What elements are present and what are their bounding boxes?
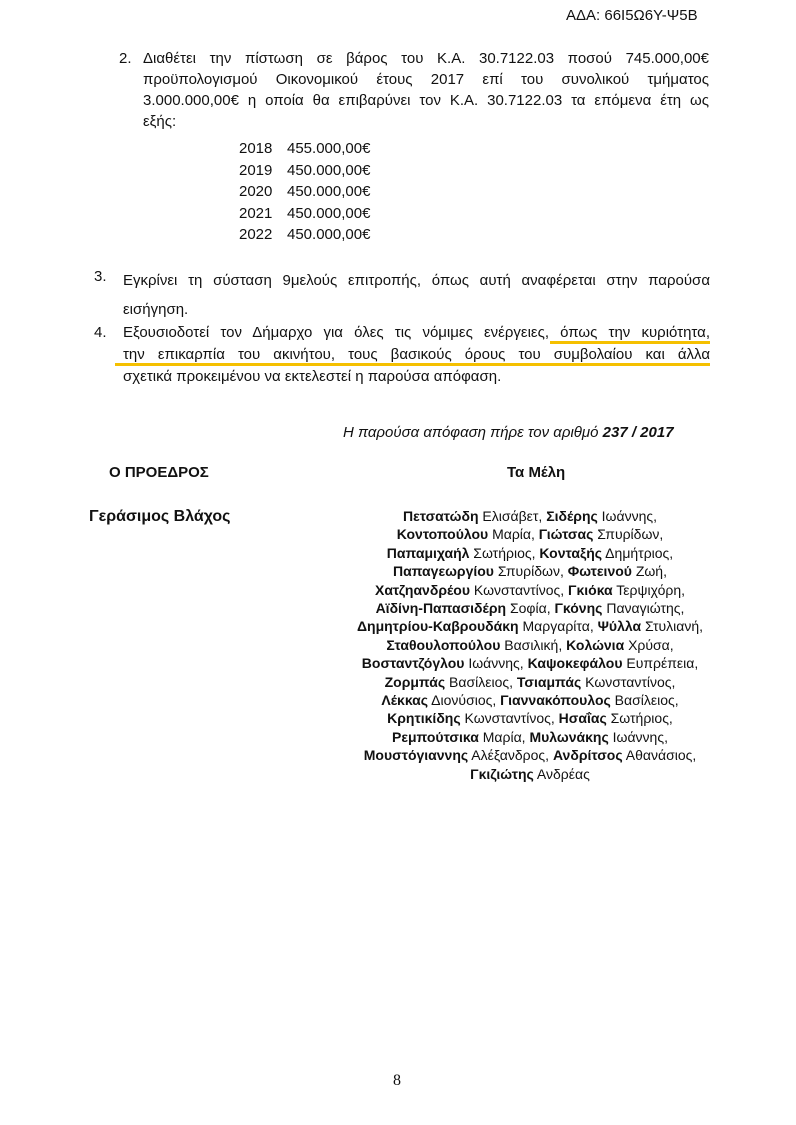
decision-id: 237 / 2017 bbox=[603, 424, 674, 441]
member-surname: Κρητικίδης bbox=[387, 710, 460, 726]
member-surname: Ψύλλα bbox=[598, 618, 641, 634]
member-firstname: Σπυρίδων, bbox=[494, 563, 568, 579]
highlight-underline bbox=[550, 341, 710, 344]
member-firstname: Αθανάσιος, bbox=[623, 747, 697, 763]
member-firstname: Κωνσταντίνος, bbox=[581, 674, 675, 690]
member-firstname: Ζωή, bbox=[632, 563, 667, 579]
decision-number: Η παρούσα απόφαση πήρε τον αριθμό 237 / … bbox=[343, 424, 674, 441]
member-firstname: Βασιλική, bbox=[500, 637, 566, 653]
item-text: Διαθέτει την πίστωση σε βάρος του Κ.Α. 3… bbox=[143, 48, 709, 132]
schedule-amount: 450.000,00€ bbox=[287, 205, 370, 222]
member-firstname: Μαργαρίτα, bbox=[519, 618, 598, 634]
member-surname: Παπαγεωργίου bbox=[393, 563, 494, 579]
member-firstname: Διονύσιος, bbox=[428, 692, 500, 708]
member-surname: Τσιαμπάς bbox=[517, 674, 581, 690]
member-firstname: Στυλιανή, bbox=[641, 618, 703, 634]
member-surname: Ρεμπούτσικα bbox=[392, 729, 479, 745]
member-surname: Βοσταντζόγλου bbox=[362, 655, 465, 671]
schedule-amount: 450.000,00€ bbox=[287, 162, 370, 179]
member-surname: Παπαμιχαήλ bbox=[387, 545, 470, 561]
member-firstname: Βασίλειος, bbox=[611, 692, 679, 708]
schedule-year: 2022 bbox=[239, 224, 287, 246]
member-surname: Μυλωνάκης bbox=[529, 729, 608, 745]
member-firstname: Σοφία, bbox=[506, 600, 554, 616]
member-surname: Κοντοπούλου bbox=[397, 526, 489, 542]
president-name: Γεράσιμος Βλάχος bbox=[89, 508, 230, 526]
member-surname: Ανδρίτσος bbox=[553, 747, 623, 763]
member-line: Μουστόγιαννης Αλέξανδρος, Ανδρίτσος Αθαν… bbox=[330, 746, 730, 764]
schedule-amount: 455.000,00€ bbox=[287, 140, 370, 157]
payment-schedule: 2018455.000,00€2019450.000,00€2020450.00… bbox=[239, 138, 370, 246]
schedule-row: 2022450.000,00€ bbox=[239, 224, 370, 246]
item-line: προϋπολογισμού Οικονομικού έτους 2017 επ… bbox=[143, 69, 709, 90]
item-text: Εγκρίνει τη σύσταση 9μελούς επιτροπής, ό… bbox=[123, 266, 710, 324]
schedule-amount: 450.000,00€ bbox=[287, 183, 370, 200]
member-firstname: Ανδρέας bbox=[534, 766, 590, 782]
member-surname: Χατζηανδρέου bbox=[375, 582, 470, 598]
member-firstname: Σωτήριος, bbox=[469, 545, 539, 561]
member-line: Λέκκας Διονύσιος, Γιαννακόπουλος Βασίλει… bbox=[330, 691, 730, 709]
members-title: Τα Μέλη bbox=[507, 464, 565, 481]
member-surname: Γιαννακόπουλος bbox=[500, 692, 611, 708]
member-surname: Αϊδίνη-Παπασιδέρη bbox=[376, 600, 507, 616]
member-surname: Ζορμπάς bbox=[385, 674, 446, 690]
member-firstname: Ιωάννης, bbox=[609, 729, 668, 745]
member-line: Παπαμιχαήλ Σωτήριος, Κονταξής Δημήτριος, bbox=[330, 544, 730, 562]
member-firstname: Σωτήριος, bbox=[607, 710, 673, 726]
members-list: Πετσατώδη Ελισάβετ, Σιδέρης Ιωάννης,Κοντ… bbox=[330, 507, 730, 783]
item-line: εισήγηση. bbox=[123, 295, 710, 324]
member-firstname: Κωνσταντίνος, bbox=[461, 710, 559, 726]
item-number: 2. bbox=[119, 48, 132, 69]
schedule-row: 2020450.000,00€ bbox=[239, 181, 370, 203]
item-line: εξής: bbox=[143, 111, 709, 132]
member-firstname: Μαρία, bbox=[479, 729, 530, 745]
member-line: Κοντοπούλου Μαρία, Γιώτσας Σπυρίδων, bbox=[330, 525, 730, 543]
member-surname: Σιδέρης bbox=[546, 508, 598, 524]
member-surname: Δημητρίου-Καβρουδάκη bbox=[357, 618, 519, 634]
schedule-row: 2021450.000,00€ bbox=[239, 203, 370, 225]
member-surname: Καψοκεφάλου bbox=[528, 655, 623, 671]
member-line: Ζορμπάς Βασίλειος, Τσιαμπάς Κωνσταντίνος… bbox=[330, 673, 730, 691]
member-firstname: Ιωάννης, bbox=[464, 655, 527, 671]
member-surname: Κολώνια bbox=[566, 637, 624, 653]
member-firstname: Ευπρέπεια, bbox=[622, 655, 698, 671]
item-line: 3.000.000,00€ η οποία θα επιβαρύνει τον … bbox=[143, 90, 709, 111]
member-line: Πετσατώδη Ελισάβετ, Σιδέρης Ιωάννης, bbox=[330, 507, 730, 525]
item-number: 3. bbox=[94, 266, 107, 287]
member-firstname: Παναγιώτης, bbox=[602, 600, 684, 616]
member-line: Παπαγεωργίου Σπυρίδων, Φωτεινού Ζωή, bbox=[330, 562, 730, 580]
item-number: 4. bbox=[94, 322, 107, 343]
member-line: Χατζηανδρέου Κωνσταντίνος, Γκιόκα Τερψιχ… bbox=[330, 581, 730, 599]
schedule-year: 2018 bbox=[239, 138, 287, 160]
item-line: Εγκρίνει τη σύσταση 9μελούς επιτροπής, ό… bbox=[123, 266, 710, 295]
member-surname: Σταθουλοπούλου bbox=[386, 637, 500, 653]
schedule-row: 2019450.000,00€ bbox=[239, 160, 370, 182]
decision-text: Η παρούσα απόφαση πήρε τον αριθμό bbox=[343, 424, 603, 441]
member-surname: Λέκκας bbox=[381, 692, 428, 708]
schedule-amount: 450.000,00€ bbox=[287, 226, 370, 243]
member-line: Δημητρίου-Καβρουδάκη Μαργαρίτα, Ψύλλα Στ… bbox=[330, 617, 730, 635]
member-surname: Ησαΐας bbox=[559, 710, 607, 726]
member-surname: Γκιζιώτης bbox=[470, 766, 534, 782]
member-line: Κρητικίδης Κωνσταντίνος, Ησαΐας Σωτήριος… bbox=[330, 709, 730, 727]
member-surname: Μουστόγιαννης bbox=[364, 747, 468, 763]
member-firstname: Ιωάννης, bbox=[598, 508, 657, 524]
schedule-year: 2019 bbox=[239, 160, 287, 182]
member-surname: Κονταξής bbox=[539, 545, 602, 561]
member-line: Αϊδίνη-Παπασιδέρη Σοφία, Γκόνης Παναγιώτ… bbox=[330, 599, 730, 617]
member-firstname: Σπυρίδων, bbox=[593, 526, 663, 542]
ada-code: ΑΔΑ: 66Ι5Ω6Υ-Ψ5Β bbox=[566, 7, 698, 24]
page-number: 8 bbox=[393, 1072, 401, 1090]
member-line: Βοσταντζόγλου Ιωάννης, Καψοκεφάλου Ευπρέ… bbox=[330, 654, 730, 672]
member-firstname: Δημήτριος, bbox=[602, 545, 673, 561]
member-firstname: Κωνσταντίνος, bbox=[470, 582, 568, 598]
member-line: Γκιζιώτης Ανδρέας bbox=[330, 765, 730, 783]
member-firstname: Αλέξανδρος, bbox=[468, 747, 553, 763]
item-line: Διαθέτει την πίστωση σε βάρος του Κ.Α. 3… bbox=[143, 48, 709, 69]
item-text: Εξουσιοδοτεί τον Δήμαρχο για όλες τις νό… bbox=[123, 322, 710, 388]
member-line: Σταθουλοπούλου Βασιλική, Κολώνια Χρύσα, bbox=[330, 636, 730, 654]
member-surname: Φωτεινού bbox=[568, 563, 632, 579]
member-firstname: Τερψιχόρη, bbox=[613, 582, 685, 598]
schedule-year: 2020 bbox=[239, 181, 287, 203]
item-line: σχετικά προκειμένου να εκτελεστεί η παρο… bbox=[123, 366, 710, 388]
member-firstname: Μαρία, bbox=[488, 526, 539, 542]
member-surname: Γιώτσας bbox=[539, 526, 594, 542]
highlight-underline bbox=[115, 363, 710, 366]
schedule-year: 2021 bbox=[239, 203, 287, 225]
member-firstname: Χρύσα, bbox=[624, 637, 673, 653]
member-line: Ρεμπούτσικα Μαρία, Μυλωνάκης Ιωάννης, bbox=[330, 728, 730, 746]
member-surname: Πετσατώδη bbox=[403, 508, 479, 524]
member-surname: Γκόνης bbox=[555, 600, 603, 616]
member-surname: Γκιόκα bbox=[568, 582, 613, 598]
president-title: Ο ΠΡΟΕΔΡΟΣ bbox=[109, 464, 209, 481]
schedule-row: 2018455.000,00€ bbox=[239, 138, 370, 160]
member-firstname: Ελισάβετ, bbox=[479, 508, 547, 524]
member-firstname: Βασίλειος, bbox=[445, 674, 517, 690]
